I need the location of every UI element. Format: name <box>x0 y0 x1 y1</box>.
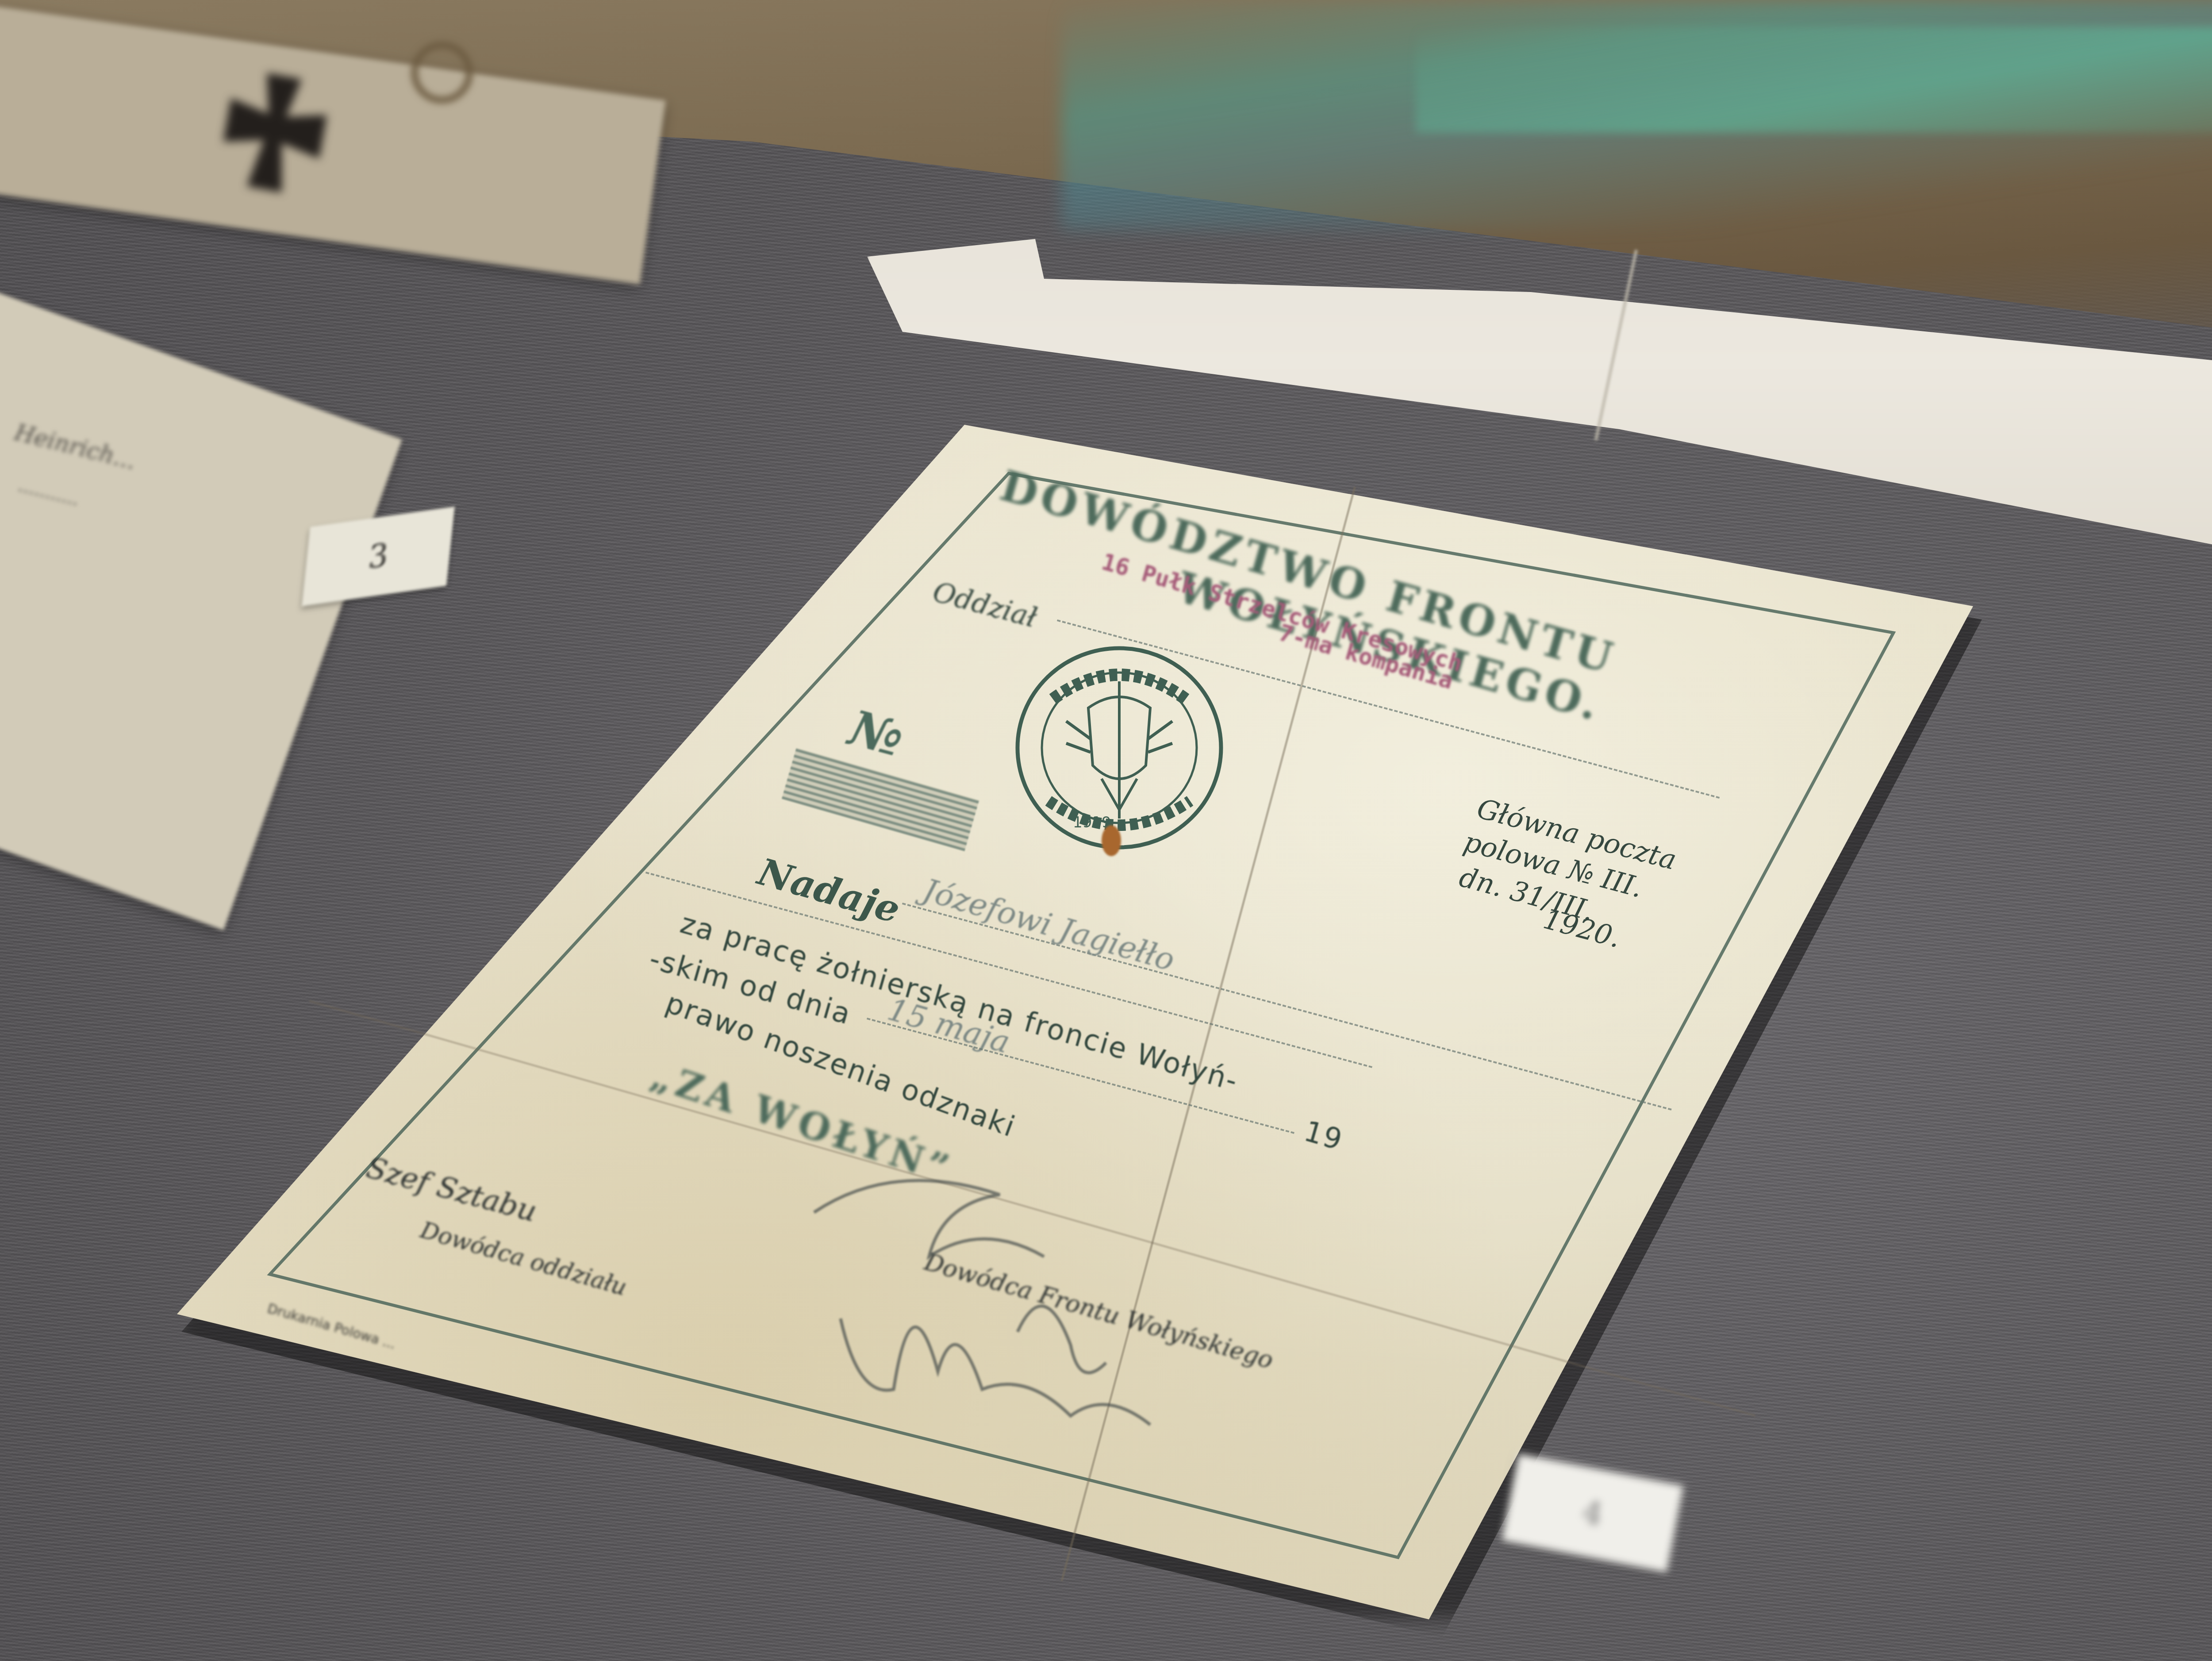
medal-ring <box>411 42 472 103</box>
iron-cross-medal-icon <box>190 66 358 199</box>
polish-eagle-emblem-icon: 1919 <box>1000 633 1239 863</box>
paper-stain <box>1102 825 1121 856</box>
glass-reflection-highlight <box>1416 27 2212 133</box>
handwritten-signature-icon <box>796 1142 1371 1451</box>
exhibit-number: 4 <box>1579 1494 1605 1533</box>
certificate: DOWÓDZTWO FRONTU WOŁYŃSKIEGO. Oddział 16… <box>177 425 1991 1619</box>
